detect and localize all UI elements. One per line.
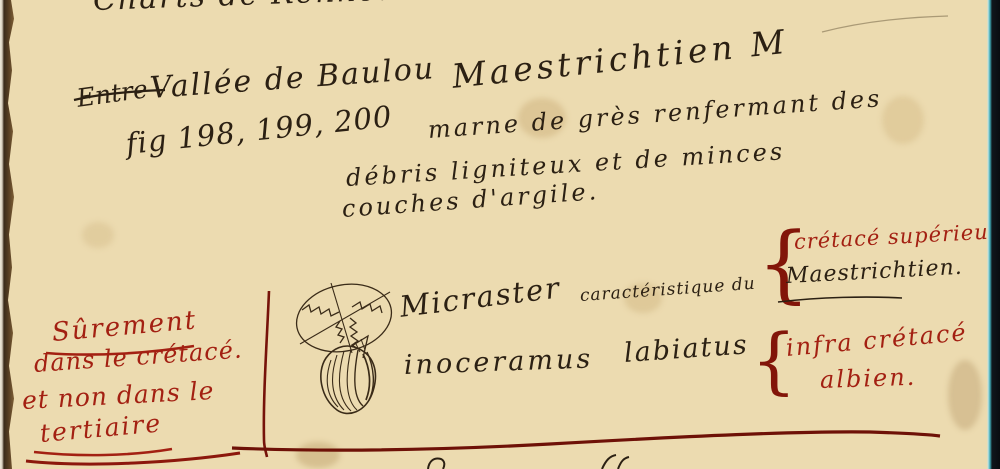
paper-stain [882, 96, 924, 144]
manuscript-page: Charts de Renne. Entre Vallée de Baulou … [0, 0, 1000, 469]
paper-stain [296, 442, 340, 468]
genus-inoceramus: inoceramus [404, 345, 594, 379]
paper-stain [82, 222, 114, 248]
note-albien: albien. [820, 365, 917, 392]
paper-stain [948, 360, 982, 430]
scan-edge [987, 0, 1000, 469]
